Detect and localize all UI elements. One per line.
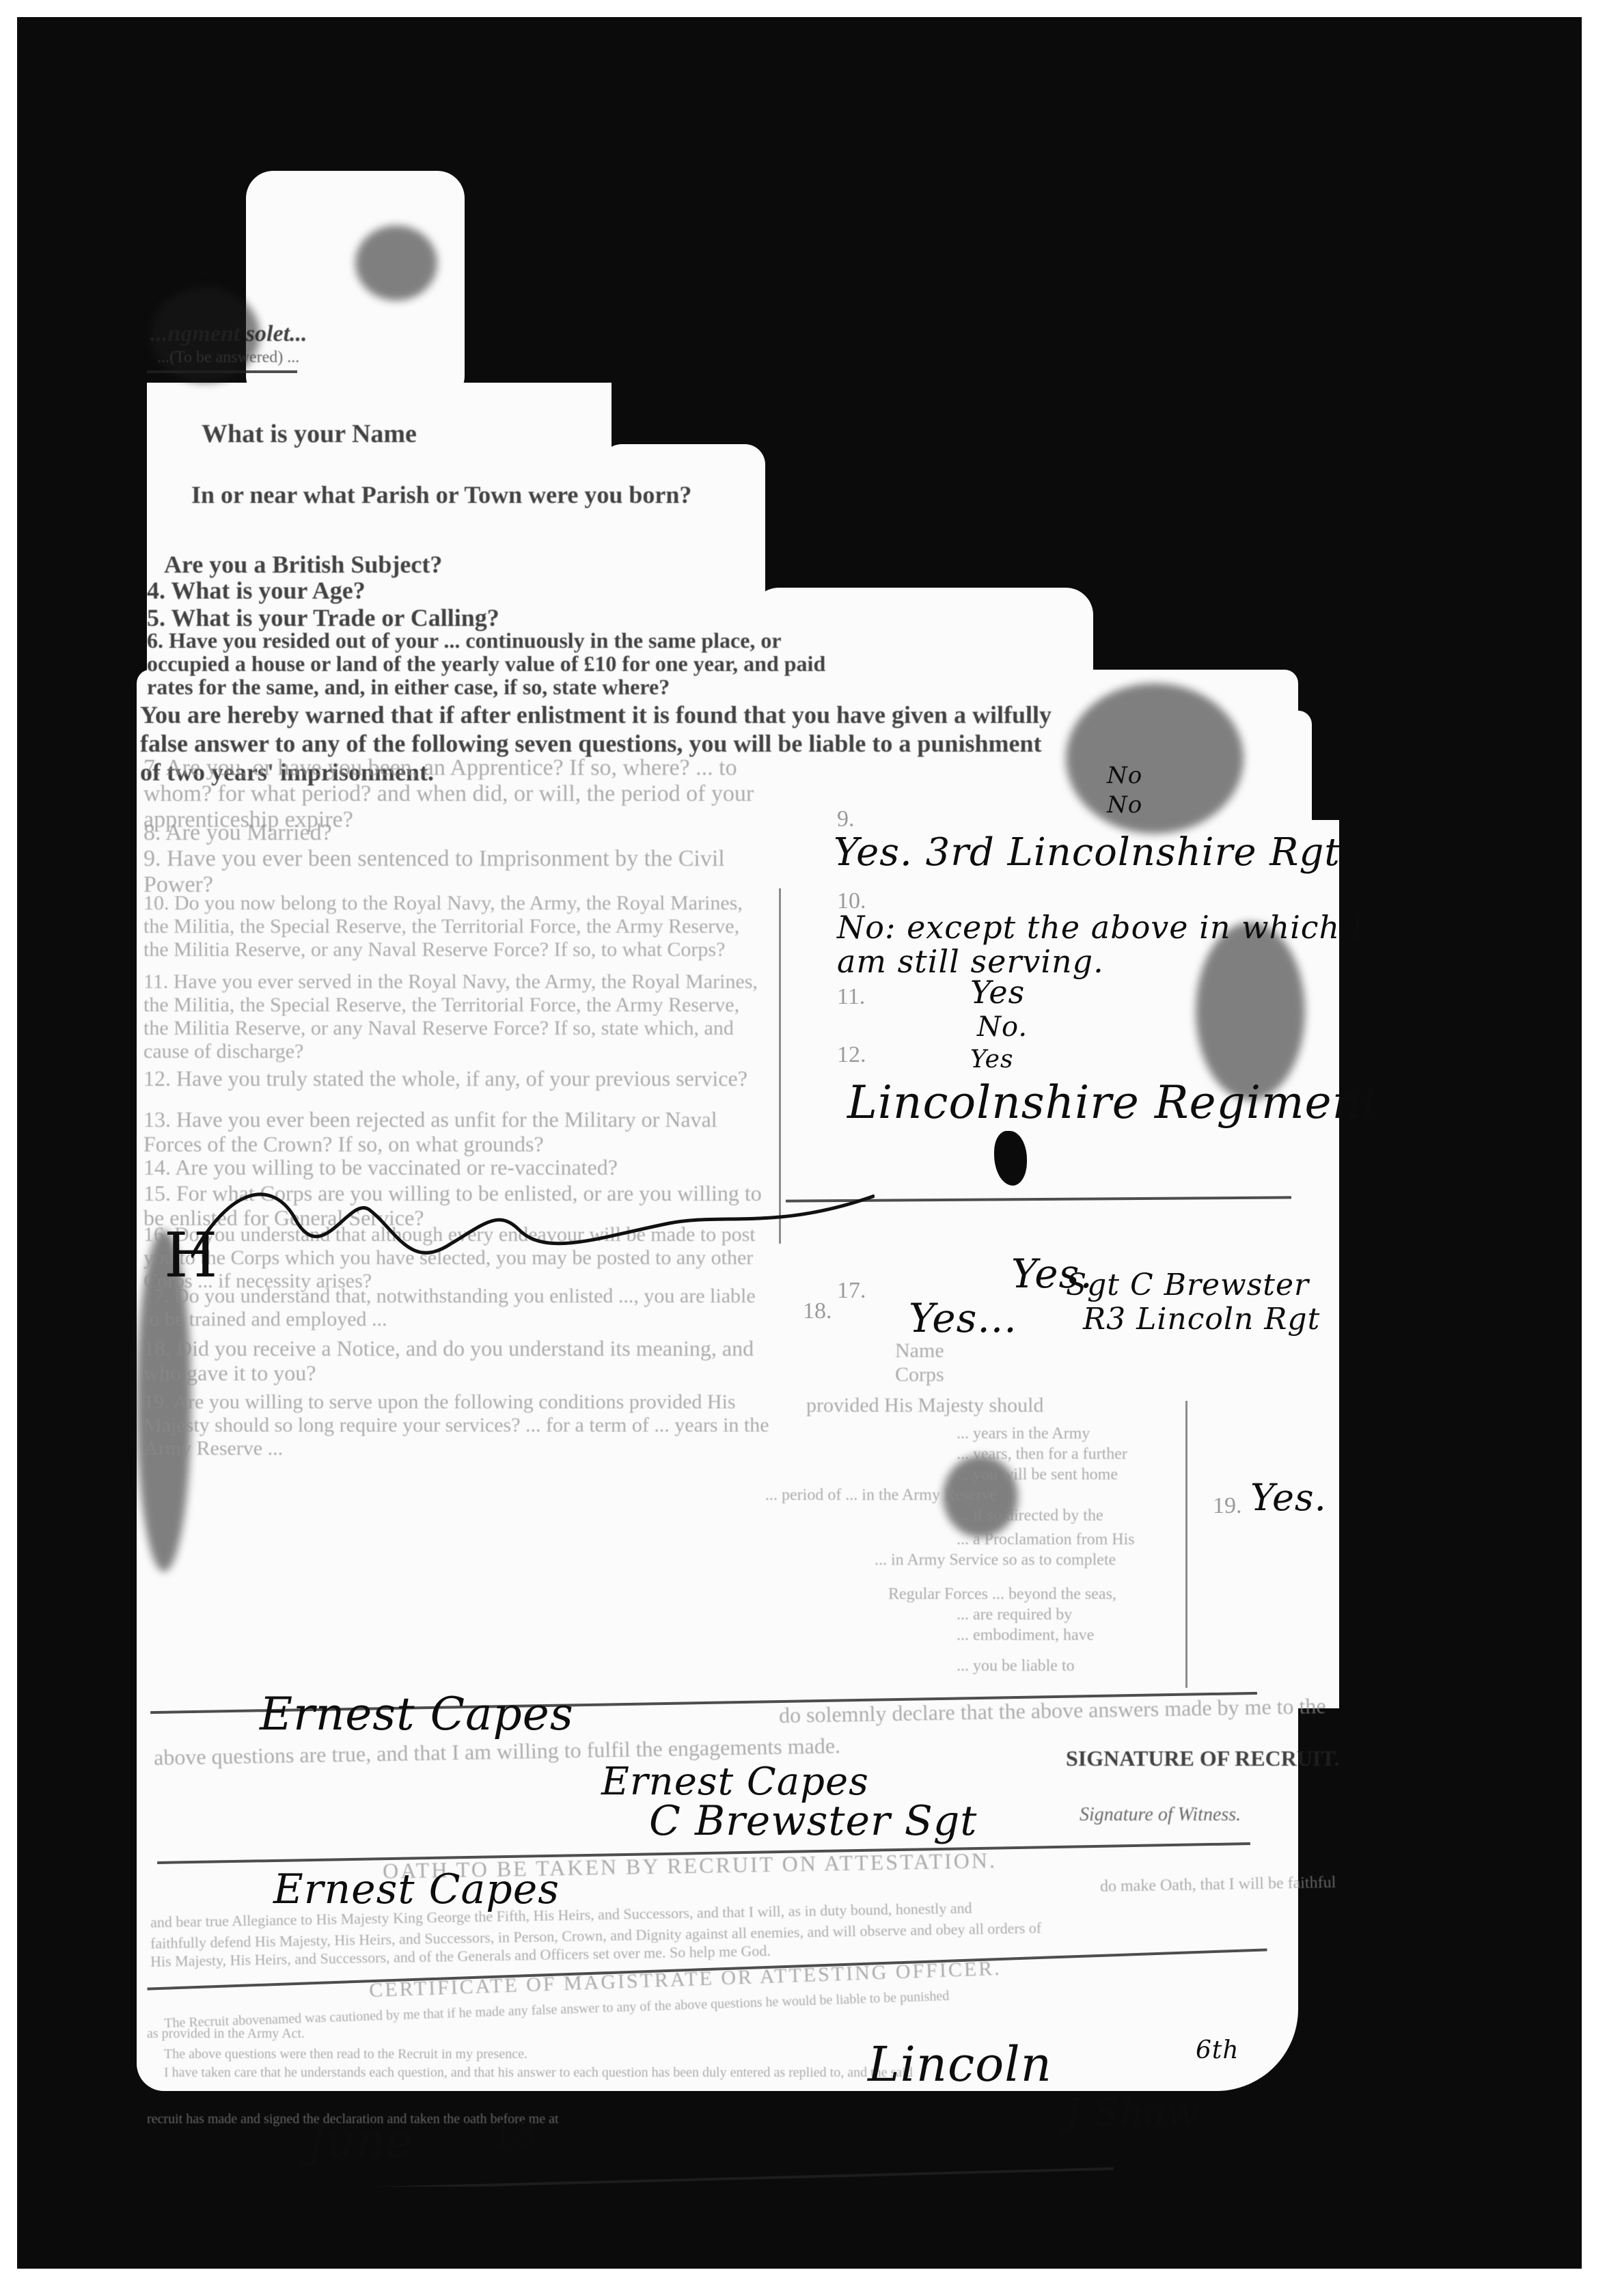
certificate-day: 6th [1196, 2036, 1239, 2064]
certificate-place: Lincoln [868, 2036, 1052, 2092]
question-2: In or near what Parish or Town were you … [191, 480, 691, 509]
answer-q11-line1: No: except the above in which I [837, 909, 1364, 946]
certificate-text-4: I have taken care that he understands ea… [164, 2065, 913, 2081]
question-13-number: 13. [143, 1107, 171, 1132]
answer-q8: No [1107, 791, 1142, 819]
paper-top-column [246, 171, 465, 403]
question-5-number: 5. [147, 604, 165, 631]
question-12: Have you truly stated the whole, if any,… [176, 1066, 747, 1091]
attesting-officer-signature: J Shaw [1066, 2091, 1199, 2134]
question-6-number: 6. [147, 628, 163, 653]
answer-q14: Yes [970, 1045, 1013, 1074]
q19-fragment: Regular Forces ... beyond the seas, [888, 1585, 1116, 1604]
question-7-number: 7. [143, 755, 161, 780]
q19-fragment: ... in Army Service so as to complete [875, 1551, 1116, 1570]
question-17: Do you understand that, notwithstanding … [143, 1285, 756, 1330]
question-1: What is your Name [202, 419, 417, 449]
q19-fragment: ... you will be sent home [957, 1466, 1118, 1484]
answer-number-11: 11. [837, 984, 865, 1010]
certificate-year: 13 [492, 2115, 537, 2155]
question-18: Did you receive a Notice, and do you und… [143, 1336, 754, 1385]
recruit-signature-label: SIGNATURE OF RECRUIT. [1066, 1746, 1339, 1771]
header-fragment: ...(To be answered) ... [157, 348, 299, 367]
question-19: Are you willing to serve upon the follow… [143, 1391, 769, 1460]
header-rule [147, 370, 297, 373]
stain [355, 225, 437, 301]
q19-fragment: ... period of ... in the Army Reserve [765, 1486, 997, 1505]
question-13: Have you ever been rejected as unfit for… [143, 1107, 717, 1156]
answer-q12: Yes [970, 974, 1025, 1011]
certificate-month: June [307, 2115, 413, 2168]
answer-number-12: 12. [837, 1042, 866, 1068]
damage-bottom [137, 2187, 1339, 2241]
q19-fragment: provided His Majesty should [806, 1394, 1043, 1417]
question-5: What is your Trade or Calling? [171, 604, 499, 631]
declaration-recruit-name: Ernest Capes [260, 1688, 574, 1740]
q18-corps-label: Corps [895, 1363, 944, 1386]
q19-fragment: ... are required by [957, 1606, 1072, 1624]
answer-q10: Yes. 3rd Lincolnshire Rgt [834, 830, 1341, 875]
answer-q18-corps: R3 Lincoln Rgt [1083, 1302, 1320, 1337]
answer-q18-name: Sgt C Brewster [1066, 1268, 1309, 1302]
question-14-number: 14. [143, 1155, 171, 1179]
q19-fragment: ... if so directed by the [957, 1507, 1103, 1525]
question-10-number: 10. [143, 892, 169, 914]
paper-right-bottom [1285, 820, 1339, 1708]
question-19-number: 19. [143, 1391, 169, 1413]
question-9: Have you ever been sentenced to Imprison… [143, 846, 725, 897]
question-4: What is your Age? [171, 577, 365, 604]
q19-fragment: ... embodiment, have [957, 1626, 1094, 1645]
oath-recruit-name: Ernest Capes [273, 1865, 560, 1913]
certificate-text-2: as provided in the Army Act. [147, 2026, 305, 2042]
question-10: Do you now belong to the Royal Navy, the… [143, 892, 743, 961]
answer-number-9: 9. [837, 806, 855, 832]
question-18-number: 18. [143, 1336, 171, 1361]
question-3: Are you a British Subject? [164, 550, 442, 579]
strikethrough-squiggle [191, 1182, 875, 1271]
answer-number-18: 18. [803, 1298, 832, 1324]
q19-fragment: ... you be liable to [957, 1657, 1075, 1676]
stain [1066, 683, 1244, 834]
answer-q18: Yes... [909, 1295, 1017, 1341]
answer-q19: Yes. [1250, 1476, 1327, 1519]
answer-q16-mark: H [164, 1220, 219, 1291]
answer-number-17: 17. [837, 1278, 866, 1304]
question-6: Have you resided out of your ... continu… [147, 628, 825, 699]
question-11: Have you ever served in the Royal Navy, … [143, 970, 758, 1063]
column-divider [1185, 1401, 1187, 1688]
question-9-number: 9. [143, 846, 161, 871]
q19-fragment: ... years, then for a further [957, 1445, 1127, 1464]
question-4-number: 4. [147, 577, 165, 604]
question-14: Are you willing to be vaccinated or re-v… [175, 1155, 618, 1179]
witness-signature: C Brewster Sgt [649, 1797, 977, 1845]
answer-q7: No [1107, 762, 1142, 789]
question-12-number: 12. [143, 1066, 171, 1091]
question-15-number: 15. [143, 1181, 171, 1205]
q19-fragment: ... a Proclamation from His [957, 1531, 1135, 1549]
answer-q13: No. [977, 1011, 1028, 1043]
question-8-number: 8. [143, 820, 161, 845]
q19-fragment: ... years in the Army [957, 1425, 1090, 1443]
question-11-number: 11. [143, 970, 168, 993]
answer-q15: Lincolnshire Regiment [847, 1076, 1381, 1129]
answer-number-19: 19. [1213, 1493, 1242, 1519]
q18-name-label: Name [895, 1339, 944, 1363]
question-8: Are you Married? [165, 820, 332, 845]
stain [1196, 922, 1305, 1100]
header-fragment: ...ngment solet... [150, 321, 307, 347]
certificate-text-3: The above questions were then read to th… [164, 2047, 527, 2062]
witness-signature-label: Signature of Witness. [1080, 1804, 1241, 1826]
